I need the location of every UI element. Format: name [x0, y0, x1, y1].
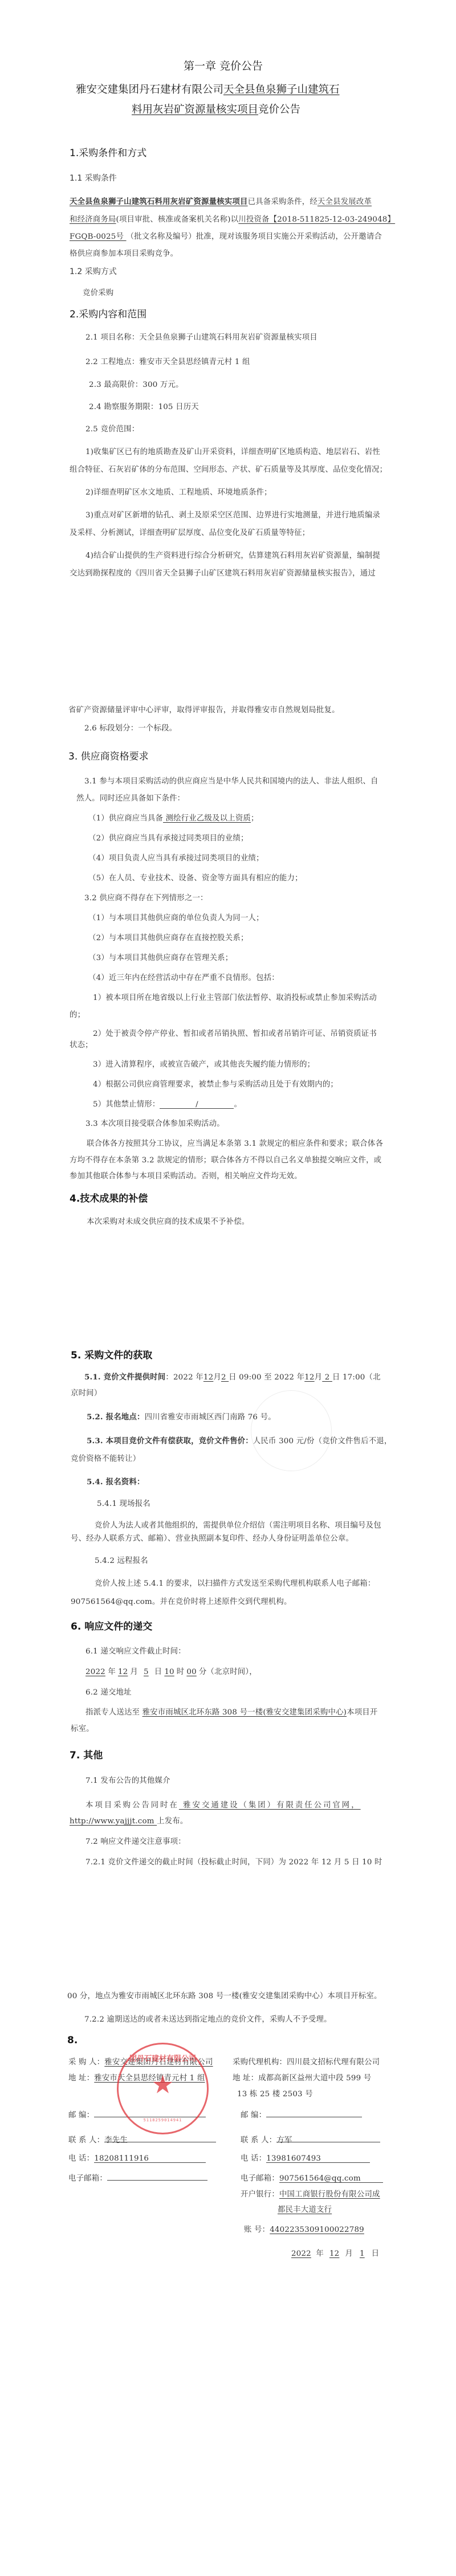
onsite-registration-line2: 号、经办人联系方式、邮箱）、营业执照副本复印件、经办人身份证明盖单位公章。	[71, 1532, 353, 1543]
purchaser-contact-row: 联 系 人：李先生	[68, 2134, 216, 2145]
scope-line: 及采样、分析测试，详细查明矿层厚度、品位变化及矿石质量等特征；	[70, 526, 310, 537]
company-seal: 团丹石建材有限公司 ★ 5118259014941	[117, 2043, 209, 2134]
item-3-1-line2: 然人。同时还应具备如下条件：	[76, 792, 185, 803]
consortium-line1: 联合体各方按照其分工协议，应当满足本条第 3.1 款规定的相应条件和要求；联合体…	[87, 1137, 383, 1148]
label: 联 系 人：	[68, 2136, 104, 2145]
paragraph-1-1-line2: 和经济商务局(项目审批、核准或备案机关名称)以川投资备【2018-511825-…	[70, 213, 395, 224]
date-day: 1	[353, 2250, 372, 2258]
approval-agency-cont: 和经济商务局	[70, 215, 116, 224]
end-day: 2	[322, 1373, 332, 1382]
scope-line: 1)收集矿区已有的地质勘查及矿山开采资料，详细查明矿区地质构造、地层岩石、岩性	[85, 446, 380, 456]
purchaser-email-row: 电子邮箱：	[68, 2172, 207, 2183]
publication-site-name: 雅安交通建设（集团）有限责任公司官网，	[179, 1801, 361, 1810]
text: 年	[108, 1668, 116, 1676]
section-5-heading: 5. 采购文件的获取	[71, 1347, 152, 1361]
agency-account-row: 账 号：4402235309100022789	[244, 2223, 364, 2234]
document-title-line1: 雅安交建集团丹石建材有限公司天全县鱼泉狮子山建筑石	[76, 81, 340, 96]
condition-2: （2）供应商应当具有承接过同类项目的业绩；	[88, 832, 249, 843]
text: 月	[213, 1373, 221, 1382]
website-link[interactable]: http://www.yajjjt.com	[70, 1817, 157, 1826]
item-5-4-2: 5.4.2 远程报名	[95, 1554, 148, 1565]
deadline-year: 2022	[85, 1668, 105, 1676]
purchaser-phone: 18208111916	[94, 2154, 206, 2163]
text: （批文名称及编号）批准，现对该服务项目实施公开采购活动，公开邀请合	[127, 232, 382, 241]
text: 月	[345, 2250, 353, 2258]
item-2-6: 2.6 标段划分：一个标段。	[84, 722, 177, 733]
item-5-1-cont: 京时间）	[71, 1387, 101, 1398]
title-project-part2: 料用灰岩矿资源量核实项目	[132, 104, 258, 116]
label: 账 号：	[244, 2226, 270, 2234]
scope-line: 3)重点对矿区新增的钻孔、剥土及原采空区范围、边界进行实地测量，并进行地质编录	[85, 509, 380, 520]
item-3-2: 3.2 供应商不得存在下列情形之一：	[84, 892, 208, 903]
agency-bank-branch: 都民丰大道支行	[278, 2206, 332, 2214]
item-5-1: 5.1. 竞价文件提供时间：2022 年12月2 日 09:00 至 2022 …	[84, 1371, 381, 1382]
section-2-heading: 2.采购内容和范围	[70, 306, 146, 320]
remote-registration-line1: 竞价人按上述 5.4.1 的要求，以扫描件方式发送至采购代理机构联系人电子邮箱：	[95, 1577, 375, 1588]
chapter-title: 第一章 竞价公告	[184, 58, 263, 73]
item-3-1-line1: 3.1 参与本项目采购活动的供应商应当是中华人民共和国境内的法人、非法人组织、自	[84, 775, 378, 786]
text: （1）供应商应当具备	[88, 814, 163, 823]
label: 开户银行：	[241, 2190, 279, 2199]
agency-phone: 13981607493	[266, 2154, 370, 2163]
title-project-part1: 天全县鱼泉狮子山建筑石	[223, 84, 340, 96]
text: 日	[154, 1668, 162, 1676]
deadline-hour: 10	[162, 1668, 176, 1676]
faint-stamp-mark	[251, 1390, 332, 1471]
section-6-heading: 6. 响应文件的递交	[71, 1618, 152, 1632]
text: (项目审批、核准或备案机关名称)以	[116, 215, 239, 224]
date-month: 12	[324, 2250, 345, 2258]
section-8-heading: 8.	[67, 2035, 78, 2046]
text: 指派专人送达至	[85, 1708, 142, 1717]
text: 已具备采购条件，经	[248, 198, 317, 206]
start-day: 2	[221, 1373, 229, 1382]
item-2-1: 2.1 项目名称：天全县鱼泉狮子山建筑石料用灰岩矿资源量核实项目	[85, 331, 317, 342]
label: 采 购 人：	[68, 2058, 104, 2067]
announcement-date: 2022 年12月1日	[289, 2247, 379, 2258]
text: 本项目开	[347, 1708, 377, 1717]
label: 电 话：	[241, 2154, 266, 2163]
agency-zip-row: 邮 编：	[241, 2109, 362, 2120]
title-company: 雅安交建集团丹石建材有限公司	[76, 84, 223, 96]
item-5-3: 5.3. 本项目竞价文件有偿获取，竞价文件售价：人民币 300 元/份（竞价文件…	[87, 1435, 392, 1446]
text: 日	[372, 2250, 380, 2258]
agency-name: 四川晨文招标代理有限公司	[287, 2058, 380, 2067]
paragraph-1-1-line3: FGQB-0025号 （批文名称及编号）批准，现对该服务项目实施公开采购活动，公…	[70, 230, 382, 241]
start-month: 12	[203, 1373, 213, 1382]
agency-address-cont: 13 栋 25 楼 2503 号	[237, 2088, 313, 2099]
section-4-heading: 4.技术成果的补偿	[70, 1190, 148, 1205]
item-2-3: 2.3 最高限价：300 万元。	[89, 378, 184, 389]
text: 年	[316, 2250, 324, 2258]
text: 5）其他禁止情形：	[93, 1100, 160, 1109]
item-6-1: 6.1 递交响应文件截止时间：	[85, 1645, 186, 1656]
label: 地 址：	[233, 2074, 258, 2083]
label: 电子邮箱：	[241, 2174, 279, 2183]
deadline-month: 12	[116, 1668, 130, 1676]
section-1-heading: 1.采购条件和方式	[70, 145, 146, 159]
agency-contact-row: 联 系 人：方军	[241, 2134, 380, 2145]
label: 地 址：	[68, 2074, 94, 2083]
onsite-registration-line1: 竞价人为法人或者其他组织的，需提供单位介绍信（需注明项目名称、项目编号及包	[95, 1519, 381, 1530]
agency-phone-row: 电 话：13981607493	[241, 2152, 370, 2163]
exclusion-2: （2）与本项目其他供应商存在直接控股关系；	[88, 932, 249, 942]
item-7-1: 7.1 发布公告的其他媒介	[85, 1774, 170, 1785]
condition-4: （4）项目负责人应当具有承接过同类项目的业绩；	[88, 852, 264, 863]
consortium-line2: 方均不得存在本条第 3.2 款规定的情形；联合体各方不得以自己名义单独提交响应文…	[70, 1154, 381, 1165]
bad-record-1: 1）被本项目所在地省级以上行业主管部门依法暂停、取消投标或禁止参加采购活动	[93, 991, 377, 1002]
item-7-2-1-line1: 7.2.1 竞价文件递交的截止时间（投标截止时间，下同）为 2022 年 12 …	[85, 1856, 382, 1867]
label: 电子邮箱：	[68, 2174, 107, 2183]
bad-record-2: 2）处于被责令停产停业、暂扣或者吊销执照、暂扣或者吊销许可证、吊销资质证书	[93, 1027, 377, 1038]
agency-address: 成都高新区益州大道中段 599 号	[258, 2074, 371, 2083]
item-7-2-1-line2: 00 分，地点为雅安市雨城区北环东路 308 号一楼(雅安交建集团采购中心）本项…	[67, 1990, 382, 2001]
publication-line1: 本项目采购公告同时在 雅安交通建设（集团）有限责任公司官网，	[85, 1799, 361, 1810]
section-3-heading: 3. 供应商资格要求	[68, 748, 149, 762]
scope-line: 省矿产资源储量评审中心评审，取得评审报告，并取得雅安市自然规划局批复。	[68, 704, 340, 715]
text: ：2022 年	[165, 1373, 203, 1382]
scope-line: 组合特征、石灰岩矿体的分布范围、空间形态、产状、矿石质量等及其厚度、品位变化情况…	[70, 463, 387, 474]
agency-bank-row: 开户银行：中国工商银行股份有限公司成	[241, 2188, 380, 2199]
project-name-link: 天全县鱼泉狮子山建筑石料用灰岩矿资源量核实项目	[70, 197, 248, 206]
bad-record-1-cont: 的；	[70, 1009, 85, 1019]
qualification-requirement: 测绘行业乙级及以上资质	[163, 814, 251, 823]
text: 日 17:00（北	[332, 1373, 381, 1382]
exclusion-3: （3）与本项目其他供应商存在管理关系；	[88, 952, 233, 962]
item-7-2-2: 7.2.2 逾期送达的或者未送达到指定地点的竞价文件，采购人不予受理。	[84, 2013, 332, 2024]
label: 5.3. 本项目竞价文件有偿获取，竞价文件售价：	[87, 1436, 253, 1446]
other-exclusion-blank: /	[160, 1100, 234, 1109]
paragraph-1-1-line4: 格供应商参加本项目采购竞争。	[70, 247, 178, 258]
text: 本项目采购公告同时在	[85, 1801, 179, 1810]
item-5-2: 5.2. 报名地点：四川省雅安市雨城区西门南路 76 号。	[87, 1411, 276, 1422]
approval-doc-number-cont: FGQB-0025号	[70, 232, 127, 241]
agency-address-row: 地 址：成都高新区益州大道中段 599 号	[233, 2072, 371, 2083]
agency-bank-cont: 都民丰大道支行	[278, 2203, 332, 2214]
exclusion-1: （1）与本项目其他供应商的单位负责人为同一人；	[88, 912, 264, 922]
paragraph-1-1-line1: 天全县鱼泉狮子山建筑石料用灰岩矿资源量核实项目已具备采购条件，经天全县发展改革	[70, 195, 372, 206]
label: 邮 编：	[241, 2111, 266, 2120]
end-month: 12	[304, 1373, 314, 1382]
bad-record-2-cont: 状态；	[70, 1039, 93, 1050]
purchaser-email	[107, 2172, 207, 2181]
text: 月	[130, 1668, 138, 1676]
bad-record-3: 3）进入清算程序，或被宣告破产，或其他丧失履约能力情形的；	[93, 1058, 315, 1069]
text: 日 09:00 至 2022 年	[229, 1373, 304, 1382]
label: 电 话：	[68, 2154, 94, 2163]
item-2-4: 2.4 勘察服务期限：105 日历天	[89, 401, 199, 411]
document-price: 人民币 300 元/份（竞价文件售后不退，	[253, 1437, 392, 1446]
item-5-4-1: 5.4.1 现场报名	[97, 1497, 150, 1508]
agency-bank: 中国工商银行股份有限公司成	[279, 2190, 380, 2199]
agency-contact: 方军	[276, 2134, 380, 2142]
condition-1: （1）供应商应当具备 测绘行业乙级及以上资质；	[88, 812, 259, 823]
section-7-heading: 7. 其他	[70, 1747, 103, 1761]
registration-location: 四川省雅安市雨城区西门南路 76 号。	[145, 1413, 276, 1422]
approval-agency: 天全县发展改革	[317, 198, 372, 206]
exclusion-4: （4）近三年内在经营活动中存在严重不良情形。包括：	[88, 971, 279, 982]
label: 5.1. 竞价文件提供时间	[84, 1373, 165, 1382]
text: 。	[234, 1100, 242, 1109]
submission-deadline: 2022 年12月5日10时00分（北京时间），	[85, 1665, 257, 1676]
text: 月	[315, 1373, 323, 1382]
item-2-2: 2.2 工程地点：雅安市天全县思经镇青元村 1 组	[85, 356, 250, 366]
text: 时	[177, 1668, 185, 1676]
document-title-line2: 料用灰岩矿资源量核实项目竞价公告	[132, 101, 300, 116]
label: 5.2. 报名地点：	[87, 1412, 145, 1422]
agency-name-row: 采购代理机构：四川晨文招标代理有限公司	[233, 2056, 380, 2067]
item-7-2: 7.2 响应文件递交注意事项：	[85, 1835, 186, 1846]
text: 上发布。	[157, 1817, 188, 1826]
text: 分（北京时间），	[199, 1668, 257, 1676]
agency-email: 907561564@qq.com	[279, 2174, 383, 2183]
label: 邮 编：	[68, 2111, 94, 2120]
condition-5: （5）在人员、专业技术、设备、资金等方面具有相应的能力；	[88, 872, 303, 883]
approval-doc-number: 川投资备【2018-511825-12-03-249048】	[238, 215, 395, 224]
label: 联 系 人：	[241, 2136, 276, 2145]
purchaser-phone-row: 电 话：18208111916	[68, 2152, 206, 2163]
item-6-2: 6.2 递交地址	[85, 1686, 132, 1697]
submission-address-line2: 标室。	[71, 1722, 94, 1733]
title-suffix: 竞价公告	[258, 104, 300, 116]
item-2-5: 2.5 竞价范围：	[85, 423, 139, 434]
submission-address: 雅安市雨城区北环东路 308 号一楼(雅安交建集团采购中心)	[142, 1708, 347, 1717]
procurement-method: 竞价采购	[83, 287, 113, 297]
agency-email-row: 电子邮箱：907561564@qq.com	[241, 2172, 383, 2183]
agency-zip	[266, 2109, 362, 2117]
item-5-3-cont: 竞价资格不能转让）	[71, 1452, 140, 1463]
bad-record-5: 5）其他禁止情形：/。	[93, 1098, 242, 1109]
bad-record-4: 4）根据公司供应商管理要求，被禁止参与采购活动且处于有效期内的；	[93, 1078, 338, 1089]
publication-line2: http://www.yajjjt.com 上发布。	[70, 1815, 188, 1826]
date-year: 2022	[289, 2250, 313, 2258]
star-icon: ★	[152, 2071, 174, 2100]
deadline-day: 5	[138, 1668, 154, 1676]
deadline-minute: 00	[184, 1668, 198, 1676]
scope-line: 2)详细查明矿区水文地质、工程地质、环境地质条件；	[85, 486, 272, 497]
seal-number: 5118259014941	[119, 2118, 207, 2122]
text: ；	[251, 814, 259, 823]
agency-account: 4402235309100022789	[270, 2226, 364, 2234]
remote-registration-line2: 907561564@qq.com。并在竞价时将上述原件交到代理机构。	[71, 1595, 292, 1606]
submission-address-line1: 指派专人送达至 雅安市雨城区北环东路 308 号一楼(雅安交建集团采购中心)本项…	[85, 1706, 377, 1717]
item-5-4: 5.4. 报名资料：	[87, 1476, 145, 1487]
seal-ring-text: 团丹石建材有限公司	[119, 2052, 207, 2063]
section-1-2-heading: 1.2 采购方式	[70, 266, 117, 277]
compensation-text: 本次采购对未成交供应商的技术成果不予补偿。	[87, 1215, 249, 1226]
scope-line: 4)结合矿山提供的生产资料进行综合分析研究，估算建筑石料用灰岩矿资源量，编制提	[85, 549, 380, 560]
scope-line: 交达到勘探程度的《四川省天全县狮子山矿区建筑石料用灰岩矿资源储量核实报告》，通过	[70, 567, 376, 578]
label: 采购代理机构：	[233, 2058, 287, 2067]
item-3-3: 3.3 本次项目接受联合体参加采购活动。	[85, 1117, 225, 1128]
purchaser-contact: 李先生	[104, 2134, 216, 2142]
consortium-line3: 参加其他联合体参与本项目采购活动。否则，相关响应文件均无效。	[70, 1170, 302, 1181]
section-1-1-heading: 1.1 采购条件	[70, 172, 117, 183]
